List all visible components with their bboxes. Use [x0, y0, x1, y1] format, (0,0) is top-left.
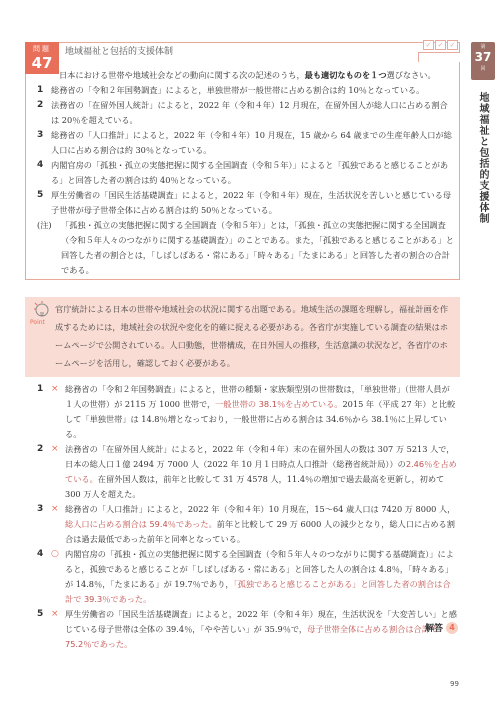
- circle-icon: ○: [51, 547, 65, 607]
- lightbulb-icon: [32, 300, 50, 318]
- question-body: 日本における世帯や地域社会などの動向に関する次の記述のうち，最も適切なものを１つ…: [37, 68, 455, 278]
- answer-label: 解答: [425, 621, 443, 634]
- chapter-title: 地域福祉と包括的支援体制: [476, 92, 490, 224]
- answer-result: 解答 4: [425, 621, 458, 634]
- check-box-3[interactable]: ✓: [447, 40, 458, 50]
- point-label: Point: [30, 319, 45, 326]
- cross-icon: ×: [51, 502, 65, 547]
- highlight: 一般世帯の 38.1％を占めている。: [215, 399, 342, 409]
- stem-emphasis: 最も適切なものを１つ: [305, 70, 387, 80]
- option-4: 4内閣官房の「孤独・孤立の実態把握に関する全国調査（令和５年）」によると「孤独で…: [37, 158, 455, 188]
- highlight: 総人口に占める割合は 59.4％であった。: [65, 519, 217, 529]
- point-text: 官庁統計による日本の世帯や地域社会の状況に関する出題である。地域生活の課題を理解…: [55, 300, 455, 372]
- answer-item-2: 2 × 法務省の「在留外国人統計」によると，2022 年（令和４年）末の在留外国…: [37, 442, 457, 502]
- review-checkboxes: ✓ ✓ ✓: [423, 40, 458, 50]
- question-stem: 日本における世帯や地域社会などの動向に関する次の記述のうち，最も適切なものを１つ…: [37, 68, 455, 83]
- check-tab: [418, 52, 460, 62]
- question-badge-label: 問題: [25, 42, 59, 54]
- check-box-1[interactable]: ✓: [423, 40, 434, 50]
- answer-item-5: 5 × 厚生労働省の「国民生活基礎調査」によると，2022 年（令和４年）現在，…: [37, 607, 457, 652]
- answer-explanations: 1 × 総務省の「令和２年国勢調査」によると，世帯の種類・家族類型別の世帯数は，…: [37, 382, 457, 652]
- option-1: 1総務省の「令和２年国勢調査」によると，単独世帯が一般世帯に占める割合は約 10…: [37, 83, 455, 98]
- option-5: 5厚生労働省の「国民生活基礎調査」によると，2022 年（令和４年）現在，生活状…: [37, 188, 455, 218]
- page: ✓ ✓ ✓ 問題 47 地域福祉と包括的支援体制 日本における世帯や地域社会など…: [0, 0, 500, 707]
- answer-item-4: 4 ○ 内閣官房の「孤独・孤立の実態把握に関する全国調査（令和５年人々のつながり…: [37, 547, 457, 607]
- question-note: (注)「孤独・孤立の実態把握に関する全国調査（令和５年）」とは，「孤独・孤立の実…: [37, 218, 455, 278]
- answer-value: 4: [446, 622, 458, 634]
- chapter-tab: 第 37 回: [471, 42, 495, 80]
- option-2: 2法務省の「在留外国人統計」によると，2022 年（令和４年）12 月現在，在留…: [37, 98, 455, 128]
- cross-icon: ×: [51, 382, 65, 442]
- cross-icon: ×: [51, 607, 65, 652]
- cross-icon: ×: [51, 442, 65, 502]
- question-topic: 地域福祉と包括的支援体制: [65, 44, 173, 57]
- chapter-number: 37: [471, 51, 495, 64]
- answer-item-3: 3 × 総務省の「人口推計」によると，2022 年（令和４年）10 月現在，15…: [37, 502, 457, 547]
- option-3: 3総務省の「人口推計」によると，2022 年（令和４年）10 月現在，15 歳か…: [37, 128, 455, 158]
- answer-item-1: 1 × 総務省の「令和２年国勢調査」によると，世帯の種類・家族類型別の世帯数は，…: [37, 382, 457, 442]
- check-box-2[interactable]: ✓: [435, 40, 446, 50]
- page-number: 99: [450, 680, 459, 688]
